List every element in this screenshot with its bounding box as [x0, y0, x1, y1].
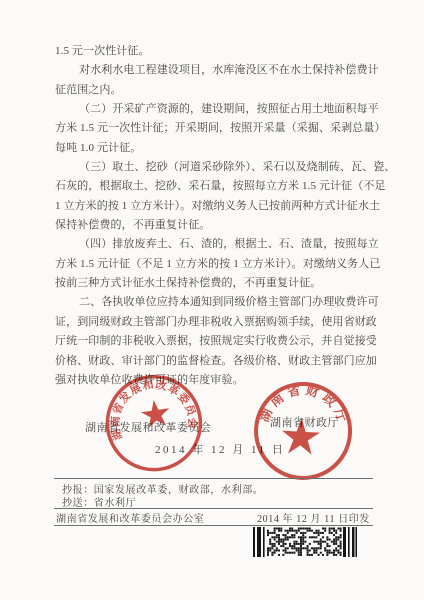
issuing-office: 湖南省发展和改革委员会办公室	[56, 510, 204, 525]
body-line: （四）排放废弃土、石、渣的，根据土、石、渣量，按照每立	[55, 235, 379, 254]
barcode-icon	[253, 527, 357, 557]
document-page: 1.5 元一次性计征。对水利水电工程建设项目，水库淹没区不在水土保持补偿费计征范…	[0, 0, 424, 600]
document-body: 1.5 元一次性计征。对水利水电工程建设项目，水库淹没区不在水土保持补偿费计征范…	[55, 42, 379, 390]
body-line: 1.5 元一次性计征。	[55, 42, 379, 61]
print-date: 2014 年 12 月 11 日印发	[257, 510, 370, 525]
body-line: 征范围之内。	[55, 81, 379, 100]
svg-text:湖南省发展和改革委员会: 湖南省发展和改革委员会	[102, 371, 202, 442]
copy-send-line: 抄送：省水利厅	[62, 494, 136, 509]
seal-text-left: 湖南省发展和改革委员会	[102, 371, 202, 442]
official-seal-right: 湖南省财政厅	[245, 373, 363, 491]
body-line: 厅统一印制的非税收入票据，按照规定实行收费公示，并自觉接受	[55, 332, 379, 351]
footer-issue-row: 湖南省发展和改革委员会办公室 2014 年 12 月 11 日印发	[56, 510, 370, 525]
body-line: 二、各执收单位应持本通知到同级价格主管部门办理收费许可	[55, 293, 379, 312]
body-line: 石灰的，根据取土、挖砂、采石量，按照每立方米 1.5 元计征（不足	[55, 177, 379, 196]
body-line: （二）开采矿产资源的，建设期间，按照征占用土地面积每平	[55, 100, 379, 119]
star-icon	[281, 417, 321, 455]
official-seal-left: 湖南省发展和改革委员会	[92, 361, 218, 487]
svg-text:湖南省财政厅: 湖南省财政厅	[256, 379, 354, 428]
body-line: 证，到同级财政主管部门办理非税收入票据购领手续，使用省财政	[55, 313, 379, 332]
footer-divider-middle	[54, 508, 373, 509]
body-line: 对水利水电工程建设项目，水库淹没区不在水土保持补偿费计	[55, 61, 379, 80]
body-line: 方米 1.5 元计征（不足 1 立方米的按 1 立方米计）。对缴纳义务人已	[55, 255, 379, 274]
body-line: 按前三种方式计征水土保持补偿费的，不再重复计征。	[55, 274, 379, 293]
seal-text-right: 湖南省财政厅	[256, 379, 354, 428]
body-line: 保持补偿费的，不再重复计征。	[55, 216, 379, 235]
footer-divider-bottom	[54, 525, 373, 526]
star-icon	[139, 398, 171, 429]
body-line: 1 立方米的按 1 立方米计）。对缴纳义务人已按前两种方式计征水土	[55, 197, 379, 216]
body-line: （三）取土、挖砂（河道采砂除外）、采石以及烧制砖、瓦、瓷、	[55, 158, 379, 177]
body-line: 方米 1.5 元一次性计征；开采期间，按照开采量（采掘、采剥总量）	[55, 119, 379, 138]
body-line: 价格、财政、审计部门的监督检查。各级价格、财政主管部门应加	[55, 352, 379, 371]
body-line: 每吨 1.0 元计征。	[55, 139, 379, 158]
footer-divider-top	[54, 478, 373, 479]
